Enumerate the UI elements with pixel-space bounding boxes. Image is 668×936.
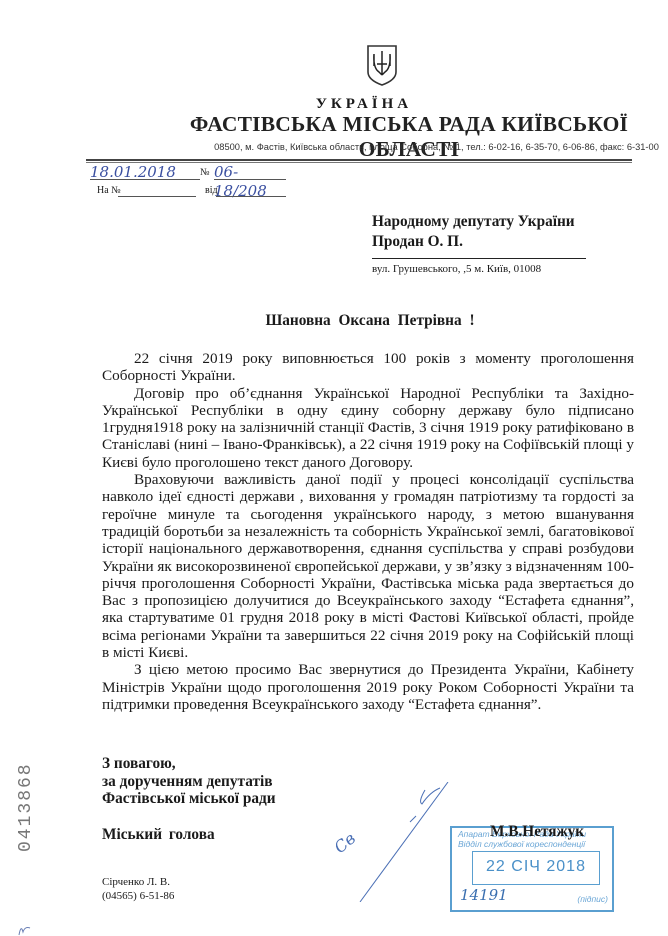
signatory-title: Міський голова [102, 826, 215, 844]
letterhead-address: 08500, м. Фастів, Київська область, площ… [0, 142, 668, 152]
letterhead-council: ФАСТІВСЬКА МІСЬКА РАДА КИЇВСЬКОЇ ОБЛАСТІ [0, 112, 668, 162]
stamp-date-box: 22 СІЧ 2018 [472, 851, 600, 885]
body-paragraph: Враховуючи важливість даної події у проц… [102, 471, 634, 661]
closing-line: за дорученням депутатів [102, 773, 276, 791]
recipient-block: Народному депутату України Продан О. П. [372, 212, 575, 252]
reference-number-line [118, 196, 196, 197]
recipient-title: Народному депутату України [372, 212, 575, 232]
contact-phone: (04565) 6-51-86 [102, 889, 174, 903]
registration-date-field: 18.01.2018 [90, 163, 200, 180]
closing-line: Фастівської міської ради [102, 790, 276, 808]
signature-icon: Св [330, 782, 450, 902]
registration-number-field: 06-18/208 [214, 163, 286, 180]
closing-block: З повагою, за дорученням депутатів Фасті… [102, 755, 276, 808]
body-paragraph: Договір про об’єднання Української Народ… [102, 385, 634, 471]
signatory-name: М.В.Нетяжук [490, 823, 584, 841]
registration-date: 18.01.2018 [90, 163, 176, 181]
recipient-address: вул. Грушевського, ,5 м. Київ, 01008 [372, 263, 541, 275]
stamp-sign-label: (підпис) [577, 894, 608, 904]
letterhead-divider [86, 159, 632, 161]
stamp-incoming-number: 14191 [460, 886, 508, 904]
reference-from-line [216, 196, 286, 197]
pen-mark-icon [18, 922, 32, 936]
reference-number-label: На № [97, 185, 121, 196]
recipient-name: Продан О. П. [372, 232, 575, 252]
contact-block: Сірченко Л. В. (04565) 6-51-86 [102, 875, 174, 903]
recipient-divider [372, 258, 586, 259]
salutation: Шановна Оксана Петрівна ! [0, 312, 668, 330]
reference-from-label: від [205, 185, 218, 196]
closing-line: З повагою, [102, 755, 276, 773]
handwritten-initials: Св [330, 829, 359, 857]
letterhead-country: УКРАЇНА [0, 96, 668, 113]
stamp-date: 22 СІЧ 2018 [473, 858, 599, 876]
registration-number: 06-18/208 [214, 163, 267, 200]
letter-body: 22 січня 2019 року виповнюється 100 рокі… [102, 350, 634, 713]
registration-number-label: № [200, 167, 210, 178]
margin-registration-number: 0413868 [16, 762, 36, 852]
trident-icon [365, 44, 399, 86]
contact-name: Сірченко Л. В. [102, 875, 174, 889]
body-paragraph: 22 січня 2019 року виповнюється 100 рокі… [102, 350, 634, 385]
body-paragraph: З цією метою просимо Вас звернутися до П… [102, 661, 634, 713]
